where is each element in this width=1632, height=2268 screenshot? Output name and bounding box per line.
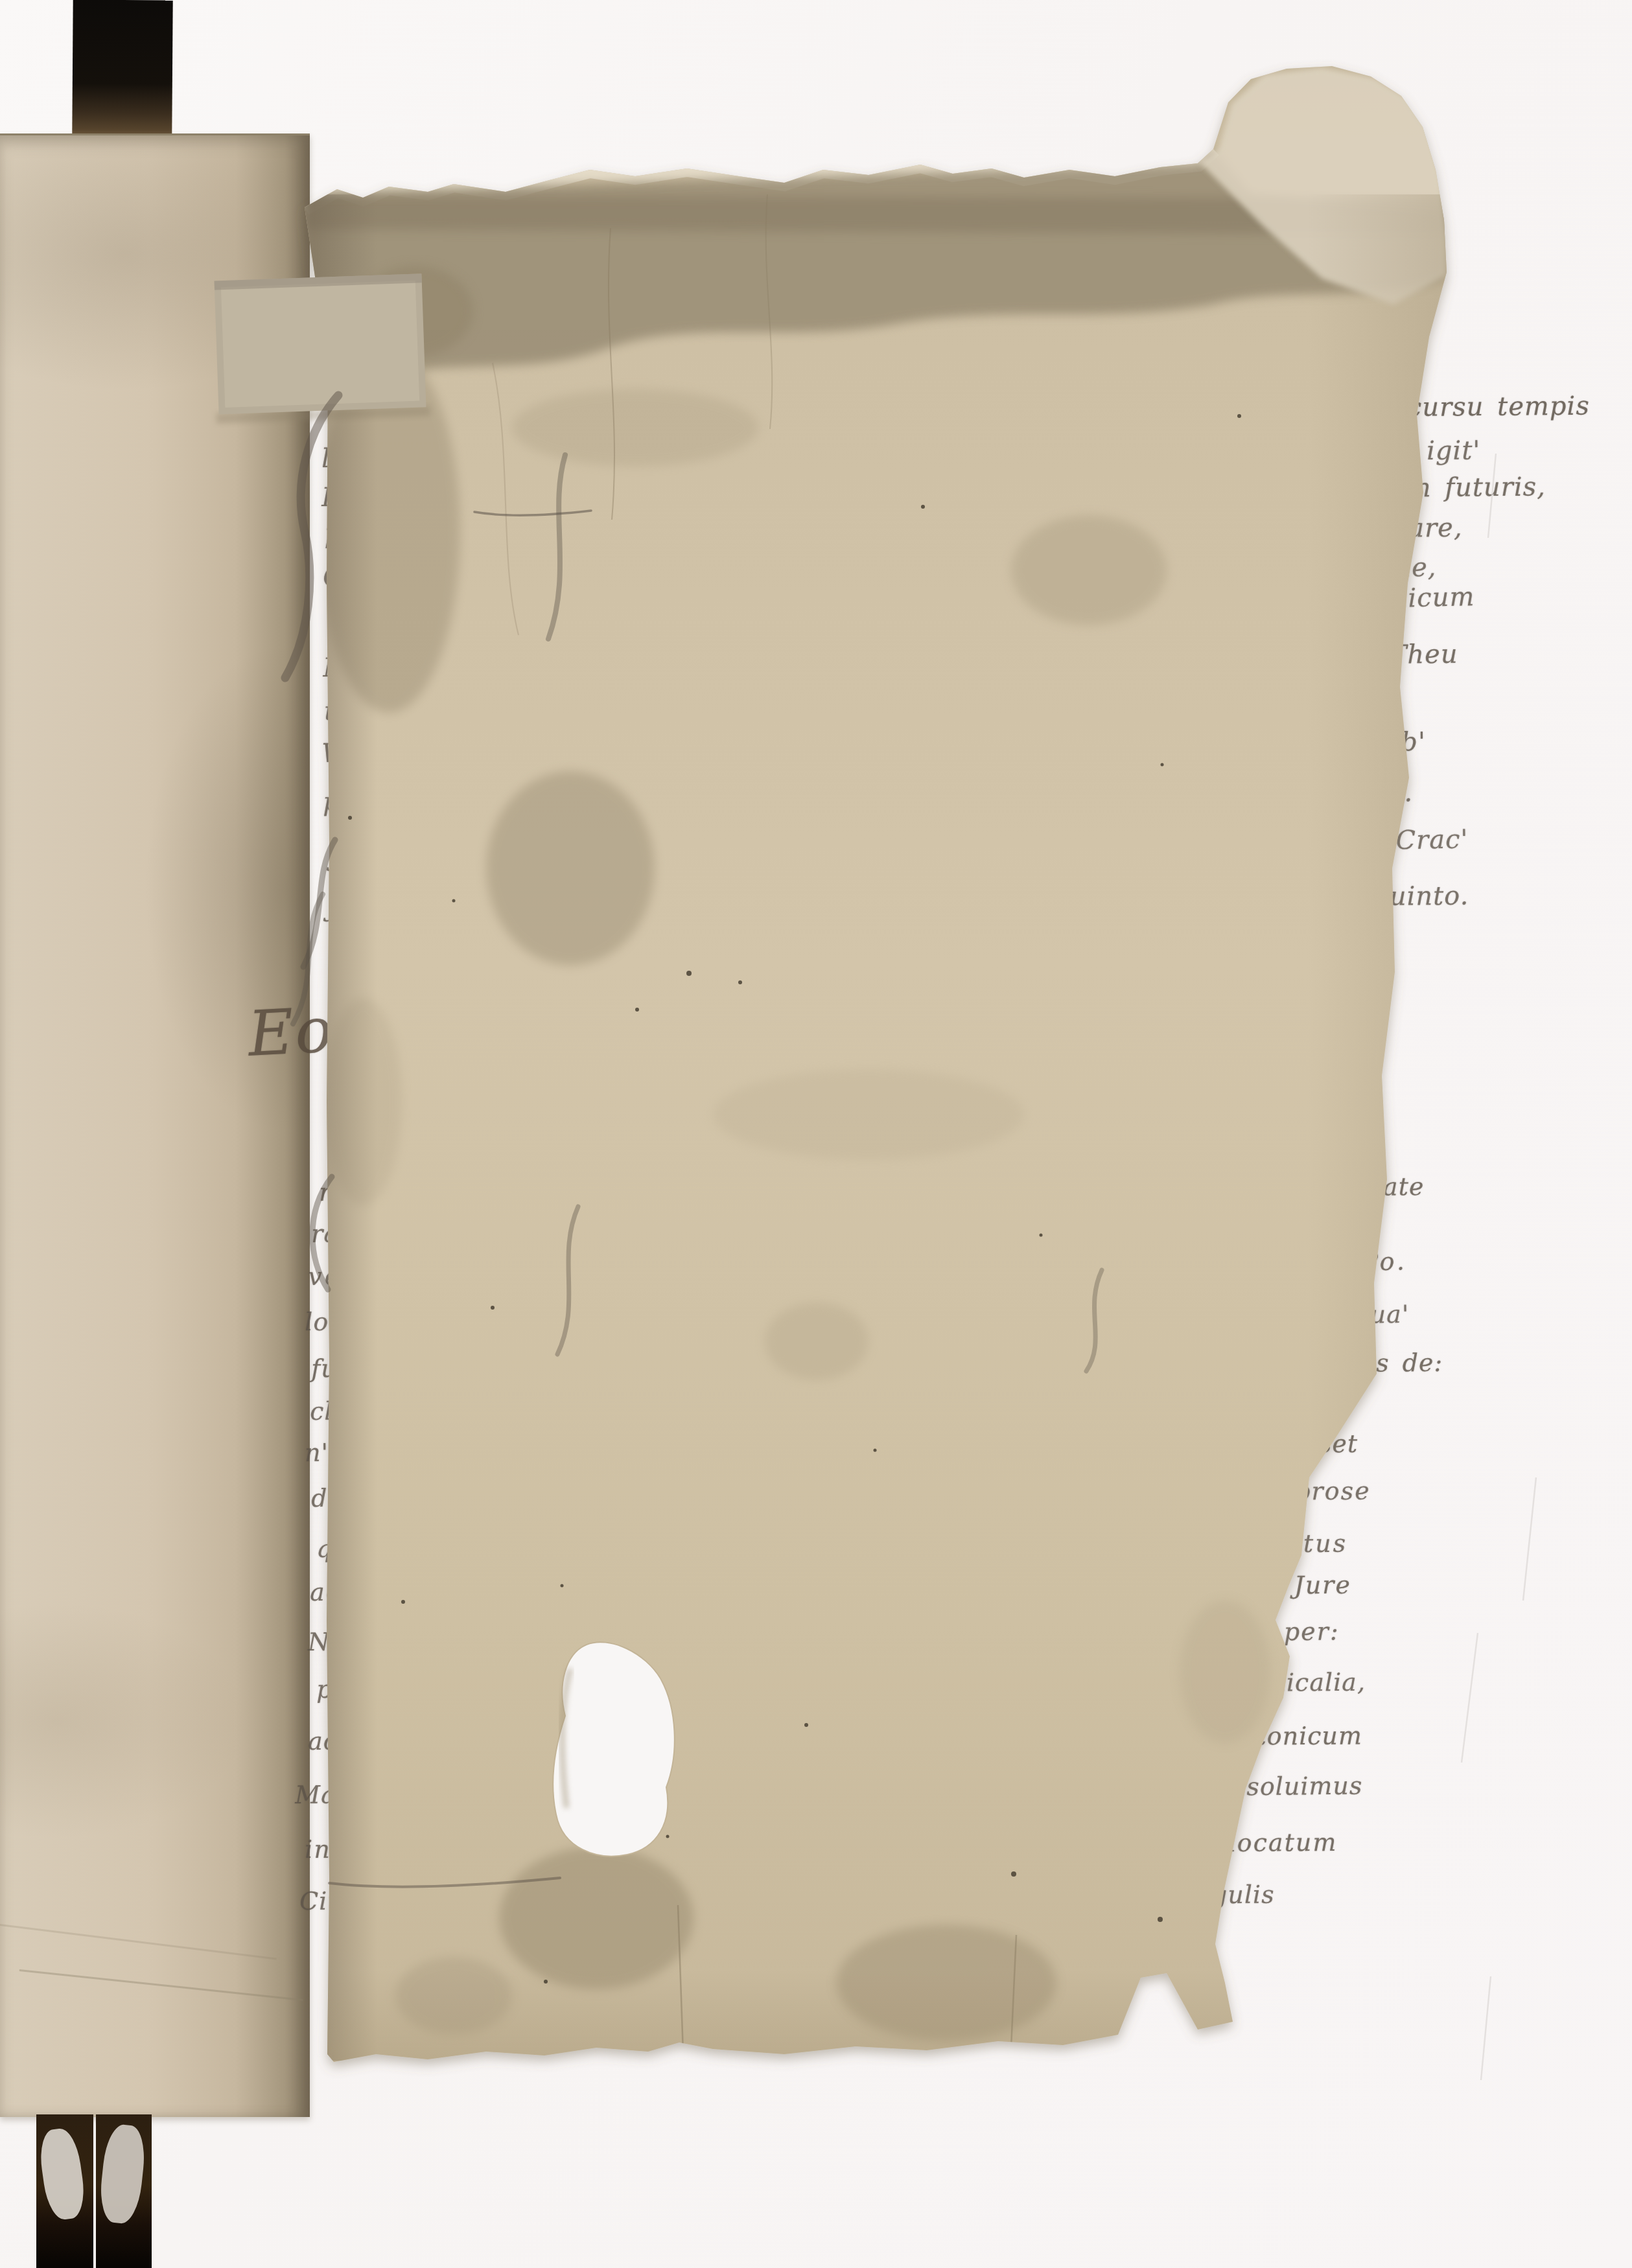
- stain: [486, 771, 655, 966]
- stain: [765, 1302, 868, 1380]
- scanned-manuscript-page: Jn Co'uent' gen'rali Lustrat' · 1567 pri…: [0, 0, 1632, 2268]
- stain: [1180, 1601, 1270, 1743]
- right-edge-shading: [1308, 194, 1448, 2009]
- repair-patch: [212, 273, 430, 423]
- bottom-edge-shading: [305, 1970, 1368, 2067]
- manuscript-leaf: [0, 0, 1632, 2268]
- stain: [512, 389, 758, 467]
- stain: [1011, 515, 1167, 625]
- stain: [499, 1847, 694, 1989]
- show-through: [713, 1069, 1024, 1160]
- scanner-scratches: [1462, 454, 1536, 2080]
- worm-hole: [553, 1642, 675, 1856]
- gutter-shading: [305, 194, 377, 2061]
